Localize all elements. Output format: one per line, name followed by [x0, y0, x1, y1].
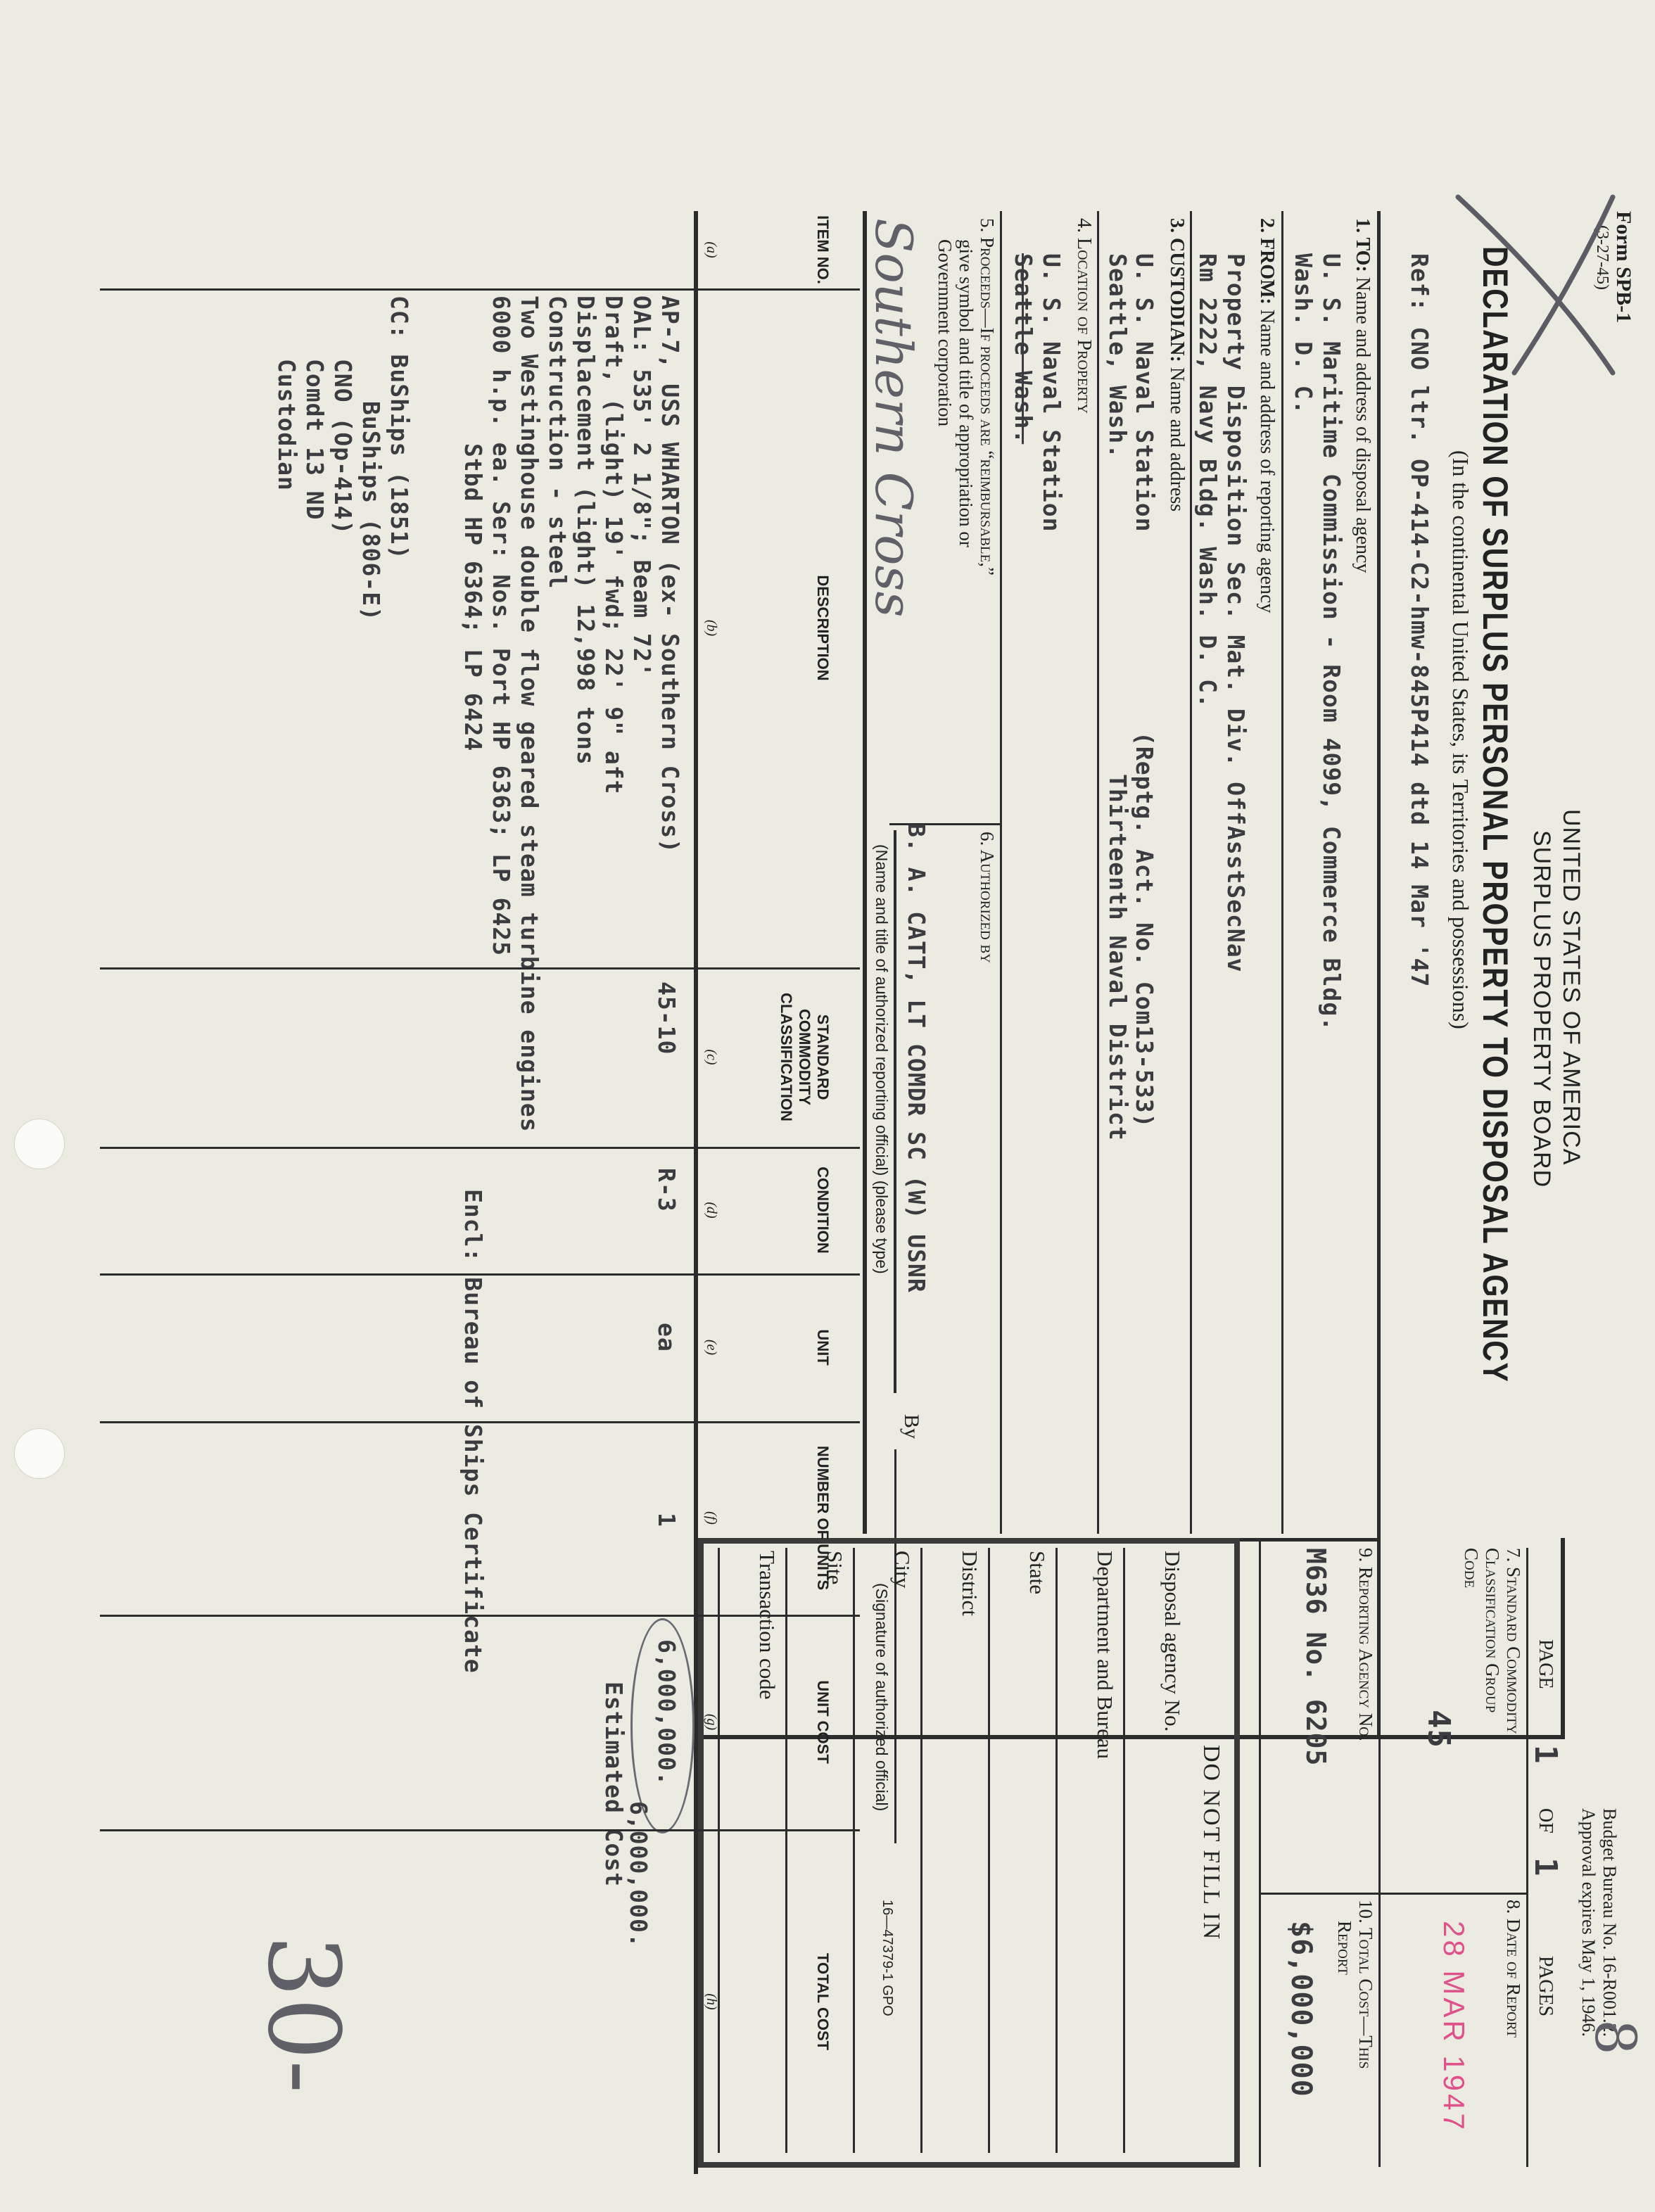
page-number: 1	[1528, 1745, 1564, 1765]
column-key: (c)	[703, 967, 719, 1147]
cc-line: Comdt 13 ND	[300, 295, 329, 621]
commodity-code-value: 45	[1421, 1710, 1457, 1748]
page-label: PAGE	[1534, 1639, 1556, 1689]
enclosure-note: Encl: Bureau of Ships Certificate	[459, 1189, 487, 1674]
agency-line-1: UNITED STATES OF AMERICA	[1557, 809, 1585, 1165]
column-header: DESCRIPTION	[813, 288, 832, 967]
form-subtitle: (In the continental United States, its T…	[1447, 450, 1473, 1029]
column-key: (h)	[703, 1829, 719, 2174]
do-not-fill-in-label: State	[1019, 1548, 1055, 2153]
commodity-classification-value: 45-10	[653, 981, 680, 1055]
cc-line: CC: BuShips (1851)	[385, 295, 413, 621]
from-field-label: 2. FROM: Name and address of reporting a…	[1255, 218, 1278, 613]
do-not-fill-in-row: Department and Bureau	[1055, 1548, 1123, 2153]
to-field-label: 1. TO: Name and address of disposal agen…	[1351, 218, 1374, 573]
estimated-cost-note: Estimated Cost	[600, 1682, 628, 1887]
column-key: (e)	[703, 1273, 719, 1421]
do-not-fill-in-title: DO NOT FILL IN	[1198, 1745, 1224, 1940]
cc-line: CNO (Op-414)	[329, 295, 357, 621]
total-cost-label: 10. Total Cost—This Report	[1334, 1900, 1376, 2068]
column-header: STANDARD COMMODITY CLASSIFICATION	[777, 967, 832, 1147]
cc-line: Custodian	[272, 295, 300, 621]
description-line: Two Westinghouse double flow geared stea…	[515, 295, 543, 1132]
column-header: UNIT	[813, 1273, 832, 1421]
punch-hole	[14, 1119, 65, 1169]
from-address-line-1: Property Disposition Sec. Mat. Div. OffA…	[1222, 253, 1250, 973]
total-cost-value: $6,000,000	[1285, 1921, 1317, 2097]
table-header: ITEM NO.(a)DESCRIPTION(b)STANDARD COMMOD…	[691, 0, 860, 2212]
proceeds-field-label: 5. Proceeds—If proceeds are “reimbursabl…	[976, 218, 998, 576]
total-cost-value: 6,000,000.	[625, 1801, 652, 1948]
location-line-2: Seattle Wash.	[1010, 253, 1037, 444]
column-key: (a)	[703, 211, 719, 288]
cc-line: BuShips (806-E)	[357, 295, 385, 621]
do-not-fill-in-row: District	[920, 1548, 988, 2153]
proceeds-hint-1: give symbol and title of appropriation o…	[955, 239, 977, 547]
of-label: OF	[1534, 1808, 1556, 1833]
form-sheet: Form SPB-1 (3-27-45) UNITED STATES OF AM…	[0, 0, 1655, 2212]
agency-line-2: SURPLUS PROPERTY BOARD	[1528, 830, 1555, 1188]
number-of-units-value: 1	[653, 1513, 680, 1527]
authorized-by-label: 6. Authorized by	[976, 832, 998, 963]
description-line: Displacement (light) 12,998 tons	[571, 295, 600, 1132]
do-not-fill-in-label: District	[951, 1548, 988, 2153]
unit-value: ea	[653, 1323, 680, 1352]
authorized-official-hint: (Name and title of authorized reporting …	[872, 844, 891, 1274]
description-line: Construction - steel	[543, 295, 571, 1132]
handwritten-ship-name: Southern Cross	[864, 218, 923, 617]
column-key: (d)	[703, 1147, 719, 1273]
custodian-line-1: U. S. Naval Station	[1131, 253, 1158, 533]
handwritten-number: 30-	[246, 1935, 360, 2093]
column-key: (g)	[703, 1615, 719, 1829]
by-label: By	[899, 1414, 923, 1439]
cross-mark-icon	[1437, 183, 1634, 394]
reporting-agency-value: M636 No. 6205	[1300, 1548, 1331, 1766]
to-address-line-2: Wash. D. C.	[1290, 253, 1317, 415]
budget-bureau-number: Budget Bureau No. 16-R001.2.	[1599, 1808, 1620, 2037]
location-line-1: U. S. Naval Station	[1038, 253, 1065, 533]
do-not-fill-in-label: City	[884, 1548, 920, 2153]
authorized-official-name: B. A. CATT, LT COMDR SC (W) USNR	[903, 823, 930, 1293]
column-header: ITEM NO.	[813, 211, 832, 288]
do-not-fill-in-row: Disposal agency No.	[1123, 1548, 1191, 2153]
reporting-agency-label: 9. Reporting Agency No.	[1355, 1548, 1376, 1741]
proceeds-hint-2: Government corporation	[934, 239, 956, 426]
custodian-field-label: 3. CUSTODIAN: Name and address	[1165, 218, 1188, 511]
custodian-line-2: Seattle, Wash.	[1104, 253, 1131, 459]
from-address-line-2: Rm 2222, Navy Bldg. Wash. D. C.	[1194, 253, 1222, 708]
commodity-code-label: 7. Standard Commodity Classification Gro…	[1461, 1548, 1524, 1734]
column-header: TOTAL COST	[813, 1829, 832, 2174]
page-total: 1	[1528, 1857, 1564, 1877]
location-field-label: 4. Location of Property	[1072, 218, 1095, 414]
pages-label: PAGES	[1534, 1956, 1556, 2016]
do-not-fill-in-label: Disposal agency No.	[1154, 1548, 1191, 2153]
custodian-district: Thirteenth Naval District	[1104, 774, 1131, 1141]
column-header: UNIT COST	[813, 1615, 832, 1829]
description-line: 6000 h.p. ea. Ser: Nos. Port HP 6363; LP…	[487, 295, 515, 1132]
column-header: CONDITION	[813, 1147, 832, 1273]
carbon-copy-list: CC: BuShips (1851)BuShips (806-E)CNO (Op…	[272, 295, 413, 621]
date-stamp: 28 MAR 1947	[1437, 1921, 1471, 2132]
date-of-report-label: 8. Date of Report	[1502, 1900, 1524, 2038]
reference-line: Ref: CNO ltr. OP-414-C2-hmw-845P414 dtd …	[1406, 253, 1433, 987]
to-address-line-1: U. S. Maritime Commission - Room 4099, C…	[1318, 253, 1345, 1031]
do-not-fill-in-label: Department and Bureau	[1086, 1548, 1123, 2153]
punch-hole	[14, 1428, 65, 1479]
approval-expiry: Approval expires May 1, 1946.	[1578, 1808, 1599, 2037]
corner-mark: 8	[1583, 2019, 1648, 2055]
condition-value: R-3	[653, 1168, 680, 1212]
column-key: (f)	[703, 1421, 719, 1615]
column-header: NUMBER OF UNITS	[813, 1421, 832, 1615]
do-not-fill-in-row: State	[988, 1548, 1055, 2153]
custodian-reporting-activity: (Reptg. Act. No. Com13-533)	[1131, 732, 1158, 1128]
description-line: OAL: 535' 2 1/8"; Beam 72'	[628, 295, 656, 1132]
form-title: DECLARATION OF SURPLUS PERSONAL PROPERTY…	[1475, 246, 1516, 1382]
description-line: Stbd HP 6364; LP 6424	[459, 295, 487, 1132]
description-line: Draft, (light) 19' fwd; 22' 9" aft	[600, 295, 628, 1132]
do-not-fill-in-row: City	[853, 1548, 920, 2153]
item-description: AP-7, USS WHARTON (ex- Southern Cross)OA…	[459, 295, 684, 1132]
column-key: (b)	[703, 288, 719, 967]
